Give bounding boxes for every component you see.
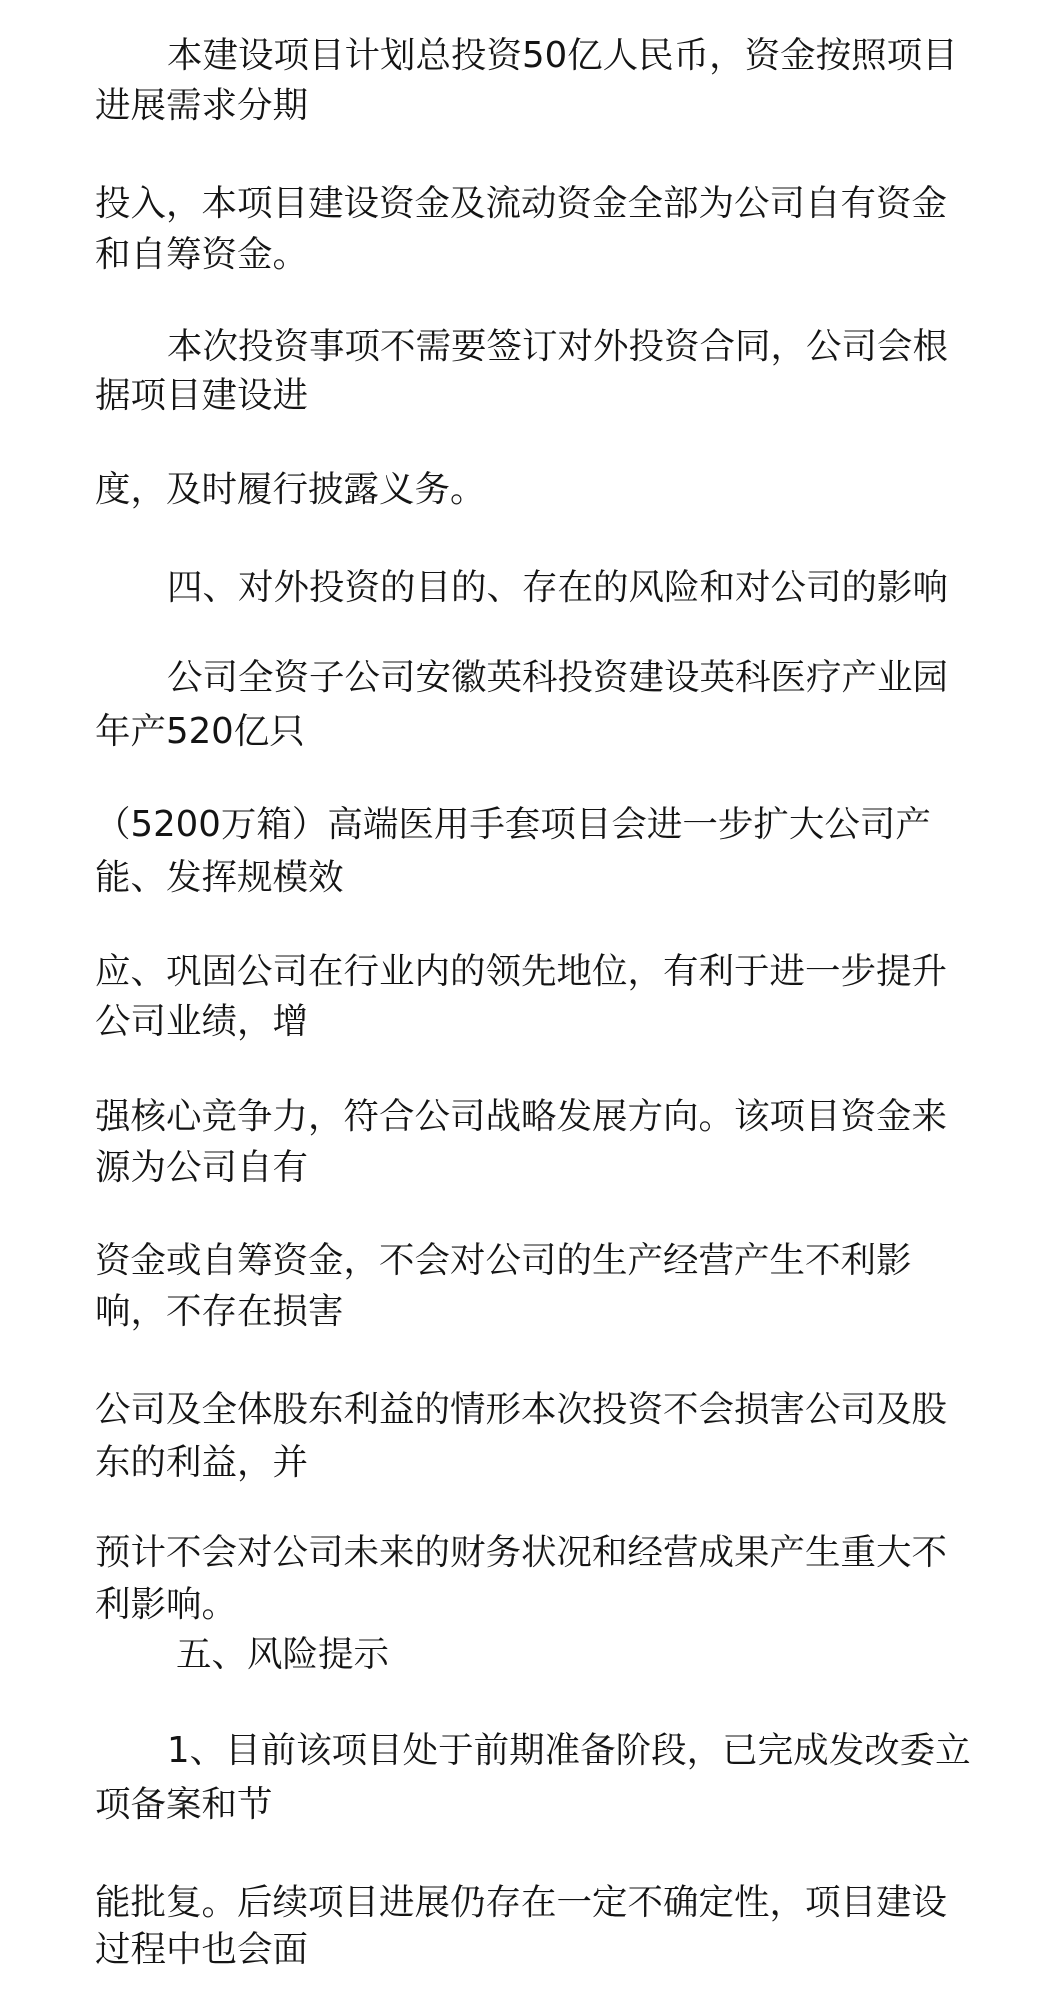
paragraph-line: 和自筹资金。 (95, 237, 308, 273)
paragraph-line: 利影响。 (95, 1587, 237, 1623)
section-heading-5: 五、风险提示 (176, 1637, 389, 1673)
paragraph-line: 应、巩固公司在行业内的领先地位，有利于进一步提升 (95, 954, 947, 990)
paragraph-line: 公司业绩，增 (95, 1004, 308, 1040)
paragraph-line: 公司全资子公司安徽英科投资建设英科医疗产业园 (167, 660, 948, 696)
list-item-1: 1、目前该项目处于前期准备阶段，已完成发改委立 (167, 1733, 971, 1769)
paragraph-line: 能、发挥规模效 (95, 860, 344, 896)
document-page: 本建设项目计划总投资50亿人民币，资金按照项目 进展需求分期 投入，本项目建设资… (0, 0, 1061, 1996)
paragraph-line: 投入，本项目建设资金及流动资金全部为公司自有资金 (95, 186, 947, 222)
paragraph-line: 资金或自筹资金，不会对公司的生产经营产生不利影 (95, 1243, 912, 1279)
paragraph-line: 预计不会对公司未来的财务状况和经营成果产生重大不 (95, 1535, 947, 1571)
paragraph-line: 响，不存在损害 (95, 1294, 344, 1330)
paragraph-line: 强核心竞争力，符合公司战略发展方向。该项目资金来 (95, 1099, 947, 1135)
paragraph-line: （5200万箱）高端医用手套项目会进一步扩大公司产 (95, 807, 931, 843)
section-heading-4: 四、对外投资的目的、存在的风险和对公司的影响 (167, 570, 948, 606)
paragraph-line: 过程中也会面 (95, 1932, 308, 1968)
paragraph-line: 源为公司自有 (95, 1150, 308, 1186)
paragraph-line: 度，及时履行披露义务。 (95, 472, 486, 508)
paragraph-line: 年产520亿只 (95, 714, 305, 750)
paragraph-line: 东的利益，并 (95, 1445, 308, 1481)
paragraph-line: 本建设项目计划总投资50亿人民币，资金按照项目 (167, 38, 958, 74)
paragraph-line: 公司及全体股东利益的情形本次投资不会损害公司及股 (95, 1392, 947, 1428)
paragraph-line: 据项目建设进 (95, 378, 308, 414)
paragraph-line: 能批复。后续项目进展仍存在一定不确定性，项目建设 (95, 1885, 947, 1921)
paragraph-line: 进展需求分期 (95, 88, 308, 124)
paragraph-line: 本次投资事项不需要签订对外投资合同，公司会根 (167, 329, 948, 365)
paragraph-line: 项备案和节 (95, 1787, 273, 1823)
